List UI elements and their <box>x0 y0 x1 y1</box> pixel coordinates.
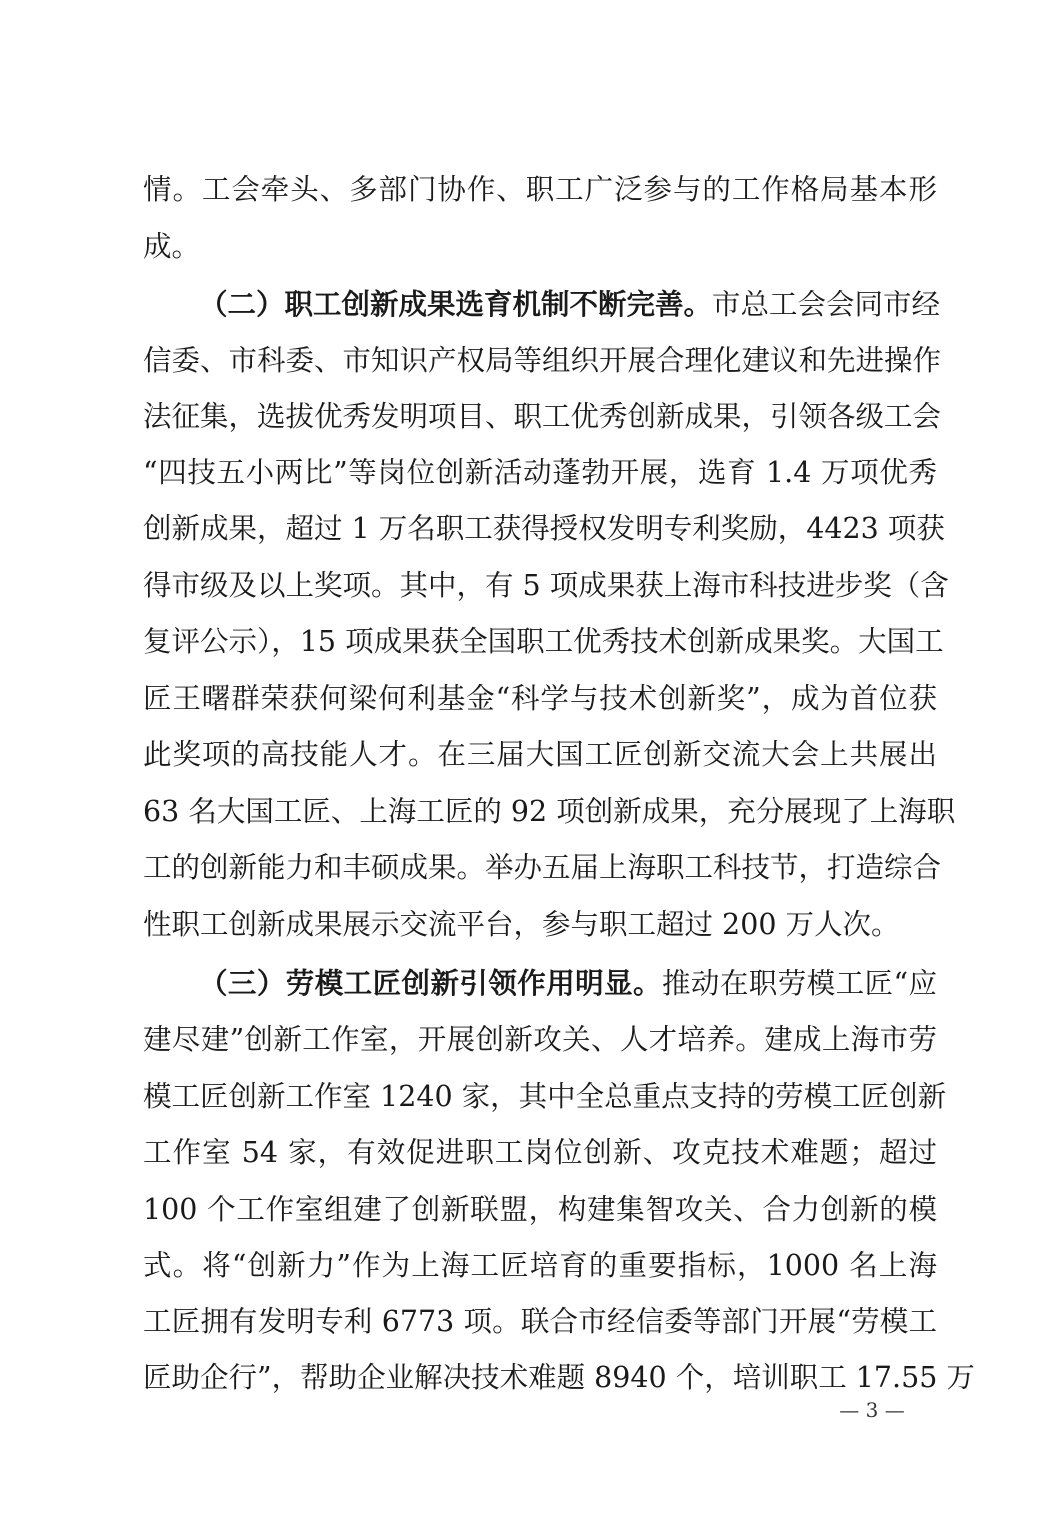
body-text-line: 工的创新能力和丰硕成果。举办五届上海职工科技节，打造综合 <box>143 848 937 888</box>
section-heading-line: （二）职工创新成果选育机制不断完善。市总工会会同市经 <box>199 284 937 324</box>
body-text-line: 式。将“创新力”作为上海工匠培育的重要指标，1000 名上海 <box>143 1246 937 1286</box>
body-text-line: 创新成果，超过 1 万名职工获得授权发明专利奖励，4423 项获 <box>143 509 937 549</box>
body-text-line: 得市级及以上奖项。其中，有 5 项成果获上海市科技进步奖（含 <box>143 566 937 606</box>
body-text-line: 工匠拥有发明专利 6773 项。联合市经信委等部门开展“劳模工 <box>143 1302 937 1342</box>
body-text-line: 63 名大国工匠、上海工匠的 92 项创新成果，充分展现了上海职 <box>143 792 937 832</box>
body-text-line: 成。 <box>143 227 937 267</box>
body-text-line: 匠王曙群荣获何梁何利基金“科学与技术创新奖”，成为首位获 <box>143 679 937 719</box>
body-text-run: 市总工会会同市经 <box>712 288 940 321</box>
page-number: — 3 — <box>826 1396 918 1424</box>
body-text-line: 性职工创新成果展示交流平台，参与职工超过 200 万人次。 <box>143 905 937 945</box>
body-text-line: 建尽建”创新工作室，开展创新攻关、人才培养。建成上海市劳 <box>143 1020 937 1060</box>
body-text-line: “四技五小两比”等岗位创新活动蓬勃开展，选育 1.4 万项优秀 <box>143 453 937 493</box>
body-text-line: 此奖项的高技能人才。在三届大国工匠创新交流大会上共展出 <box>143 735 937 775</box>
body-text-line: 复评公示），15 项成果获全国职工优秀技术创新成果奖。大国工 <box>143 622 937 662</box>
body-text-line: 情。工会牵头、多部门协作、职工广泛参与的工作格局基本形 <box>143 170 937 210</box>
section-heading-line: （三）劳模工匠创新引领作用明显。推动在职劳模工匠“应 <box>199 963 937 1003</box>
body-text-line: 信委、市科委、市知识产权局等组织开展合理化建议和先进操作 <box>143 341 937 381</box>
body-text-line: 法征集，选拔优秀发明项目、职工优秀创新成果，引领各级工会 <box>143 397 937 437</box>
body-text-line: 模工匠创新工作室 1240 家，其中全总重点支持的劳模工匠创新 <box>143 1077 937 1117</box>
body-text-line: 匠助企行”，帮助企业解决技术难题 8940 个，培训职工 17.55 万 <box>143 1358 937 1398</box>
section-heading-3: （三）劳模工匠创新引领作用明显。 <box>199 966 662 1000</box>
body-text-line: 100 个工作室组建了创新联盟，构建集智攻关、合力创新的模 <box>143 1190 937 1230</box>
body-text-run: 推动在职劳模工匠“应 <box>662 967 937 1000</box>
section-heading-2: （二）职工创新成果选育机制不断完善。 <box>199 287 712 321</box>
document-page: 情。工会牵头、多部门协作、职工广泛参与的工作格局基本形 成。 （二）职工创新成果… <box>0 0 1054 1521</box>
body-text-line: 工作室 54 家，有效促进职工岗位创新、攻克技术难题；超过 <box>143 1133 937 1173</box>
